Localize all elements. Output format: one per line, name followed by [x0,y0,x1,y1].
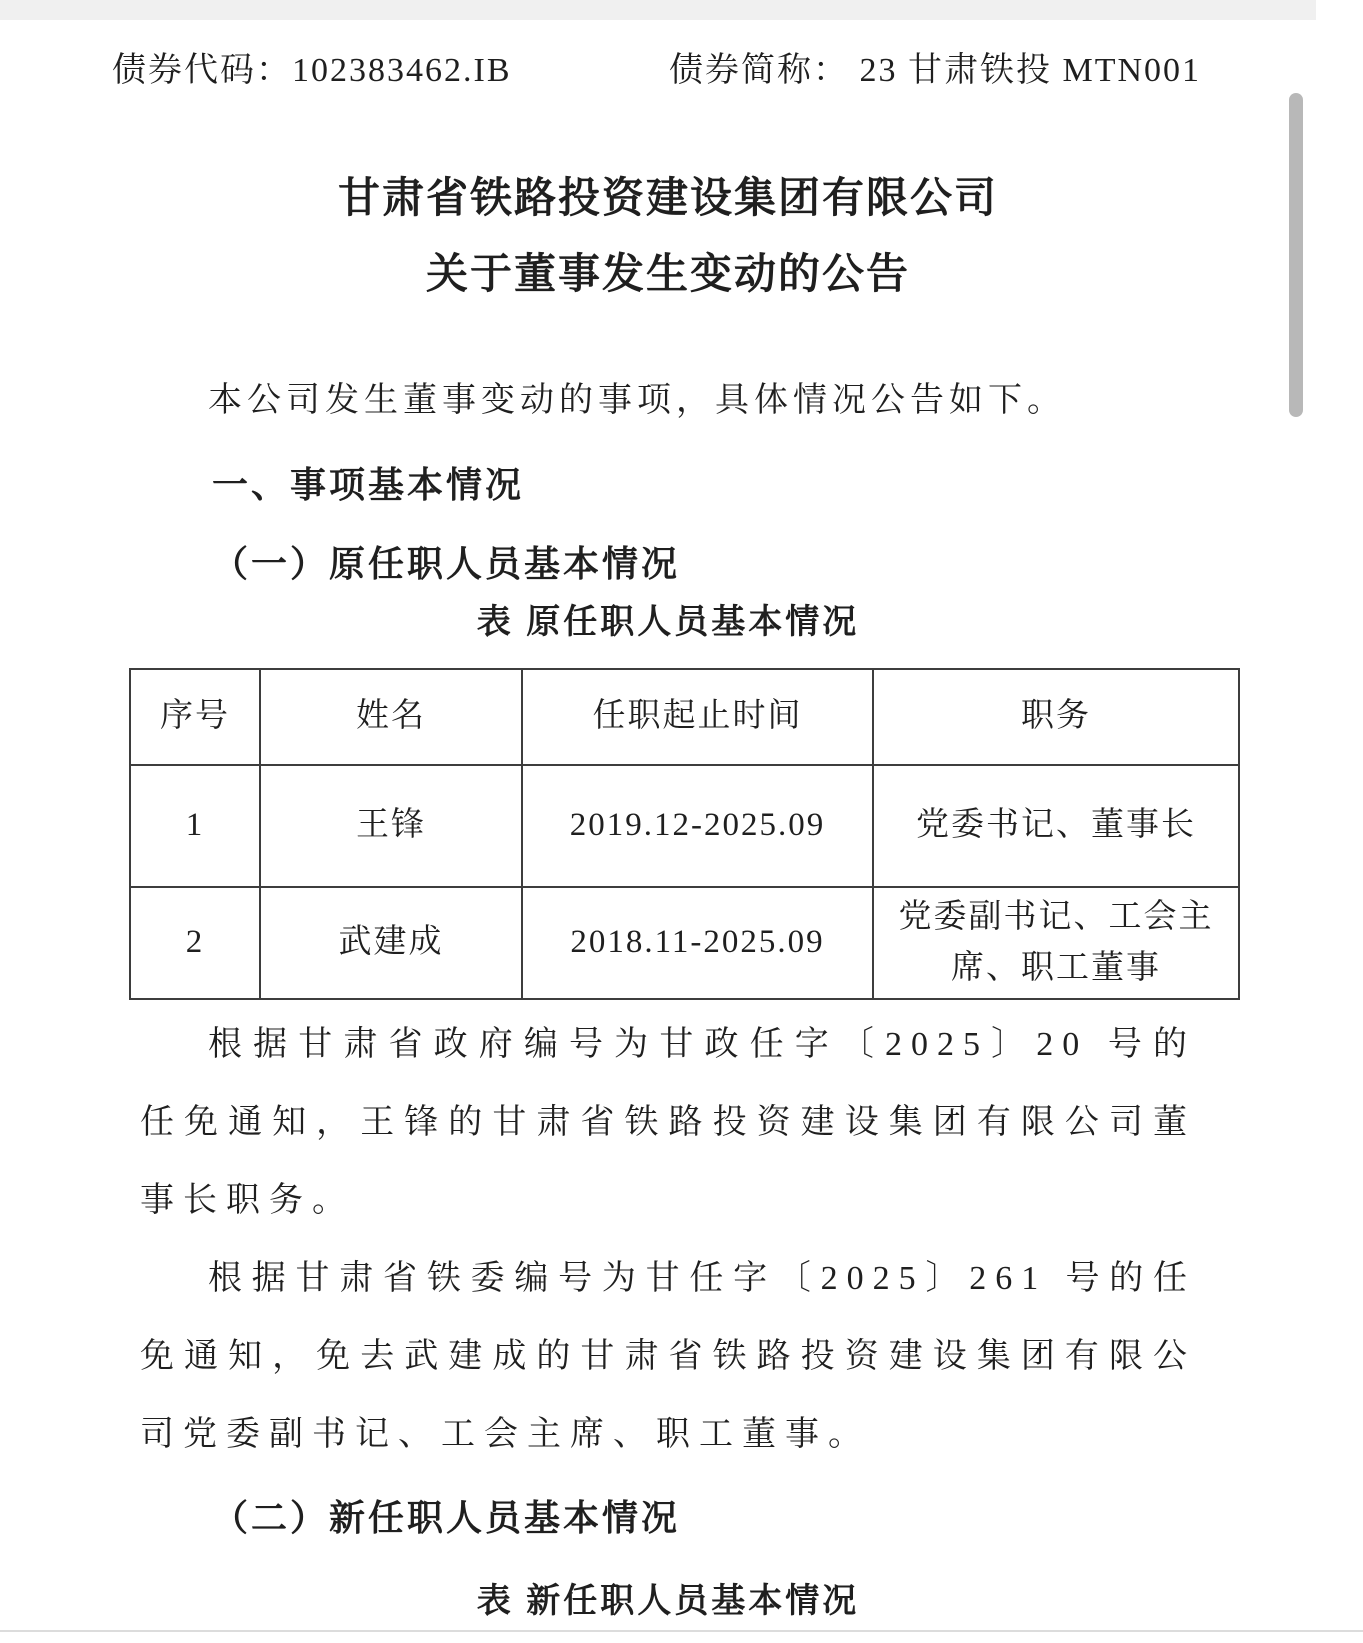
vertical-scrollbar-thumb[interactable] [1289,93,1303,417]
former-personnel-table: 序号 姓名 任职起止时间 职务 1 王锋 2019.12-2025.09 党委书… [129,668,1240,1000]
intro-paragraph: 本公司发生董事变动的事项，具体情况公告如下。 [140,362,1196,440]
bond-code: 债券代码：102383462.IB [112,42,512,91]
col-header-term: 任职起止时间 [522,669,873,765]
cell-position: 党委书记、董事长 [873,765,1239,887]
table-row: 2 武建成 2018.11-2025.09 党委副书记、工会主席、职工董事 [130,887,1239,999]
cell-term: 2019.12-2025.09 [522,765,873,887]
table-row: 1 王锋 2019.12-2025.09 党委书记、董事长 [130,765,1239,887]
document-title-line1: 甘肃省铁路投资建设集团有限公司 [140,160,1196,236]
col-header-position: 职务 [873,669,1239,765]
document-title-line2: 关于董事发生变动的公告 [140,236,1196,312]
subsection-heading-new: （二）新任职人员基本情况 [140,1492,1196,1544]
col-header-index: 序号 [130,669,260,765]
bond-short-name: 债券简称： 23 甘肃铁投 MTN001 [669,42,1201,91]
document-title: 甘肃省铁路投资建设集团有限公司 关于董事发生变动的公告 [140,160,1196,312]
table-caption-former: 表 原任职人员基本情况 [140,596,1196,648]
bond-short-label: 债券简称： [669,52,849,89]
col-header-name: 姓名 [260,669,522,765]
document-page: 债券代码：102383462.IB 债券简称： 23 甘肃铁投 MTN001 甘… [0,0,1363,1643]
cell-position: 党委副书记、工会主席、职工董事 [873,887,1239,999]
cell-index: 2 [130,887,260,999]
paragraph-wujiancheng-removal: 根据甘肃省铁委编号为甘任字〔2025〕261 号的任免通知，免去武建成的甘肃省铁… [140,1240,1196,1474]
subsection-heading-former: （一）原任职人员基本情况 [140,538,1196,590]
paragraph-wangfeng-removal: 根据甘肃省政府编号为甘政任字〔2025〕20 号的任免通知，王锋的甘肃省铁路投资… [140,1006,1196,1240]
cell-name: 武建成 [260,887,522,999]
viewer-top-strip [0,0,1316,20]
section-heading-1: 一、事项基本情况 [140,459,1196,511]
cell-term: 2018.11-2025.09 [522,887,873,999]
table-header-row: 序号 姓名 任职起止时间 职务 [130,669,1239,765]
bond-code-label: 债券代码： [112,52,292,89]
bond-code-value: 102383462.IB [292,52,512,89]
table-caption-new: 表 新任职人员基本情况 [140,1575,1196,1627]
cell-index: 1 [130,765,260,887]
bond-short-value: 23 甘肃铁投 MTN001 [849,52,1201,89]
page-bottom-separator [0,1630,1363,1632]
cell-name: 王锋 [260,765,522,887]
